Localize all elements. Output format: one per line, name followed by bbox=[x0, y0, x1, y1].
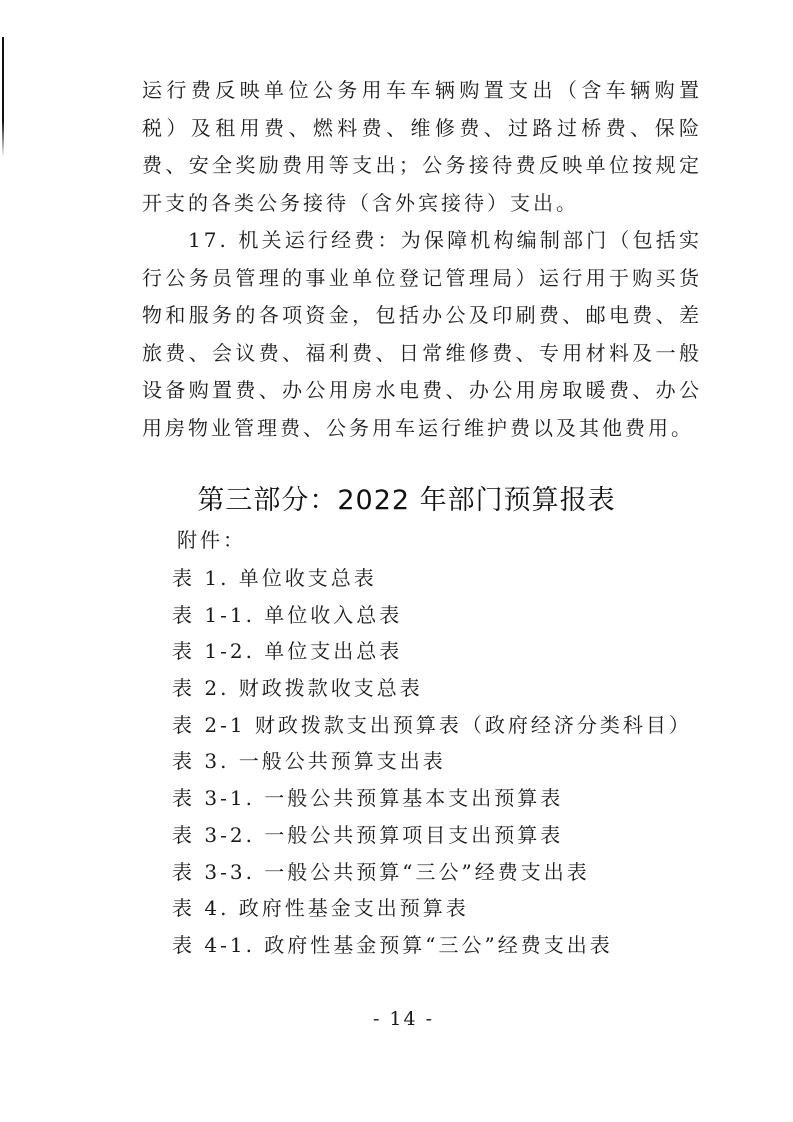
scan-edge-line bbox=[2, 37, 4, 157]
attachment-item: 表 4. 政府性基金支出预算表 bbox=[172, 890, 692, 927]
paragraph-vehicle-reception-costs: 运行费反映单位公务用车车辆购置支出（含车辆购置税）及租用费、燃料费、维修费、过路… bbox=[142, 72, 702, 222]
attachment-item: 表 3. 一般公共预算支出表 bbox=[172, 743, 692, 780]
page-number: - 14 - bbox=[0, 1008, 793, 1030]
attachment-item: 表 1-2. 单位支出总表 bbox=[172, 633, 692, 670]
attachment-item: 表 1-1. 单位收入总表 bbox=[172, 597, 692, 634]
attachment-item: 表 1. 单位收支总表 bbox=[172, 560, 692, 597]
attachment-item: 表 3-2. 一般公共预算项目支出预算表 bbox=[172, 817, 692, 854]
attachment-item: 表 3-3. 一般公共预算“三公”经费支出表 bbox=[172, 854, 692, 891]
attachment-item: 表 2. 财政拨款收支总表 bbox=[172, 670, 692, 707]
attachments-label: 附件： bbox=[177, 525, 246, 555]
body-text: 运行费反映单位公务用车车辆购置支出（含车辆购置税）及租用费、燃料费、维修费、过路… bbox=[142, 72, 702, 447]
attachment-item: 表 2-1 财政拨款支出预算表（政府经济分类科目） bbox=[172, 707, 692, 744]
paragraph-operating-expenses: 17. 机关运行经费：为保障机构编制部门（包括实行公务员管理的事业单位登记管理局… bbox=[142, 222, 702, 447]
attachment-item: 表 3-1. 一般公共预算基本支出预算表 bbox=[172, 780, 692, 817]
attachments-list: 表 1. 单位收支总表 表 1-1. 单位收入总表 表 1-2. 单位支出总表 … bbox=[172, 560, 692, 964]
attachment-item: 表 4-1. 政府性基金预算“三公”经费支出表 bbox=[172, 927, 692, 964]
section-heading: 第三部分：2022 年部门预算报表 bbox=[0, 478, 793, 517]
